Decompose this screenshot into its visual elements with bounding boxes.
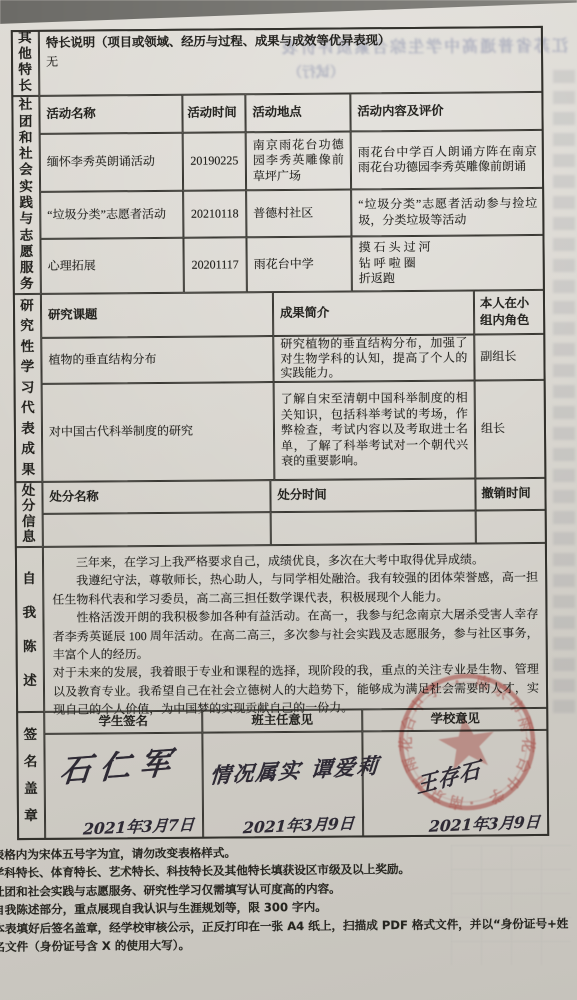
section-label-self-statement: 自我陈述 [15, 547, 44, 712]
discipline-col-revoke: 撤销时间 [475, 478, 546, 511]
discipline-row-1-revoke [476, 510, 547, 544]
photo-top-edge [0, 0, 577, 26]
research-row-2-role: 组长 [475, 380, 547, 479]
section-label-signatures: 签名盖章 [16, 712, 45, 840]
stamp-star-icon [436, 712, 499, 771]
photographed-form: 江苏省普通高中学生综合素质评价表 （试行） 其他特长 社团和社会实践与志愿服务 … [0, 0, 577, 1000]
activity-row-2-name: “垃圾分类”志愿者活动 [40, 191, 183, 239]
student-signature-cell: 石仁军 2021年3月7日 [44, 733, 203, 840]
activity-row-1-time: 20190225 [183, 132, 246, 190]
bleed-through-side-text [553, 70, 575, 720]
discipline-col-time: 处分时间 [270, 478, 475, 512]
research-row-1-topic: 植物的垂直结构分布 [41, 336, 273, 384]
activity-row-2-time: 20210118 [183, 190, 246, 237]
other-specialty-value: 无 [46, 50, 536, 69]
activities-col-name: 活动名称 [39, 95, 182, 134]
activities-col-place: 活动地点 [245, 93, 350, 132]
section-label-research: 研究性学习代表成果 [13, 294, 42, 482]
other-specialty-header: 特长说明（项目或领域、经历与过程、成果与成效等优异表现） [46, 32, 536, 51]
activity-row-3-content: 摸 石 头 过 河 钻 呼 啦 圈 折返跑 [351, 235, 544, 292]
teacher-comment: 情况属实 谭爱莉 [209, 758, 380, 784]
research-col-topic: 研究课题 [41, 292, 273, 338]
teacher-signature-date: 2021年3月9日 [242, 815, 354, 835]
student-signature-date: 2021年3月7日 [82, 816, 194, 836]
discipline-row-1-time [271, 510, 476, 545]
activity-row-1-name: 缅怀李秀英朗诵活动 [40, 133, 183, 192]
self-statement-paragraph: 我遵纪守法，尊敬师长，热心助人，与同学相处融洽。我有较强的团体荣誉感，高一担任生… [52, 568, 538, 609]
section-label-activities: 社团和社会实践与志愿服务 [11, 96, 41, 294]
discipline-col-name: 处分名称 [42, 480, 270, 514]
research-col-result: 成果简介 [273, 290, 474, 336]
research-col-role: 本人在小组内角色 [474, 290, 545, 335]
activity-row-3-place: 雨花台中学 [246, 236, 351, 292]
activity-row-3-name: 心理拓展 [40, 238, 183, 294]
activity-row-3-time: 20201117 [183, 237, 246, 292]
research-row-2-result: 了解自宋至清朝中国科举制度的相关知识，包括科举考试的考场，作弊检查，考试内容以及… [274, 380, 476, 480]
activities-col-content: 活动内容及评价 [350, 92, 543, 132]
teacher-opinion-cell: 情况属实 谭爱莉 2021年3月9日 [202, 731, 363, 838]
section-label-other-specialty: 其他特长 [11, 30, 40, 96]
research-row-2-topic: 对中国古代科举制度的研究 [42, 382, 275, 482]
form-footnotes: 表格内为宋体五号字为宜，请勿改变表格样式。 学科特长、体育特长、艺术特长、科技特… [0, 840, 577, 956]
research-row-1-role: 副组长 [474, 334, 545, 381]
school-seal-stamp: 南京市雨花台中学 · 南京市雨花台中学 · [383, 658, 551, 826]
activity-row-1-place: 南京雨花台功德园李秀英雕像前草坪广场 [246, 131, 351, 190]
activity-row-1-content: 雨花台中学百人朗诵方阵在南京雨花台功德园李秀英雕像前朗诵 [351, 130, 544, 190]
self-statement-paragraph: 性格活泼开朗的我积极参加各种有益活动。在高一，我参与纪念南京大屠杀受害人幸存者李… [52, 605, 538, 664]
student-signature: 石仁军 [59, 756, 180, 781]
signatures-col-teacher: 班主任意见 [202, 709, 362, 732]
activity-row-2-content: “垃圾分类”志愿者活动参与捡垃圾，分类垃圾等活动 [351, 188, 544, 237]
other-specialty-cell: 特长说明（项目或领域、经历与过程、成果与成效等优异表现） 无 [39, 26, 544, 96]
activity-row-2-place: 普德村社区 [246, 189, 351, 237]
discipline-row-1-name [43, 512, 271, 547]
section-label-discipline: 处分信息 [14, 482, 43, 547]
activities-col-time: 活动时间 [182, 94, 245, 132]
research-row-1-result: 研究植物的垂直结构分布，加强了对生物学科的认知，提高了个人的实践能力。 [273, 334, 474, 382]
signatures-col-student: 学生签名 [44, 711, 202, 734]
